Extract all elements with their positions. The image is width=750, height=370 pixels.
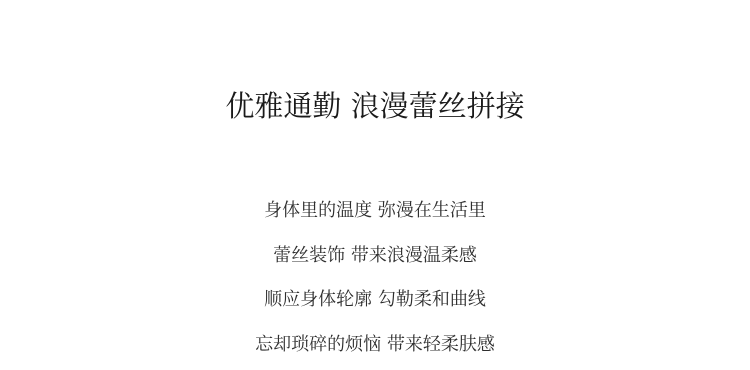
page-title: 优雅通勤 浪漫蕾丝拼接 <box>0 86 750 126</box>
description-line: 顺应身体轮廓 勾勒柔和曲线 <box>0 285 750 315</box>
description-line: 身体里的温度 弥漫在生活里 <box>0 196 750 226</box>
description-list: 身体里的温度 弥漫在生活里 蕾丝装饰 带来浪漫温柔感 顺应身体轮廓 勾勒柔和曲线… <box>0 196 750 370</box>
description-line: 蕾丝装饰 带来浪漫温柔感 <box>0 241 750 271</box>
description-line: 忘却琐碎的烦恼 带来轻柔肤感 <box>0 330 750 360</box>
